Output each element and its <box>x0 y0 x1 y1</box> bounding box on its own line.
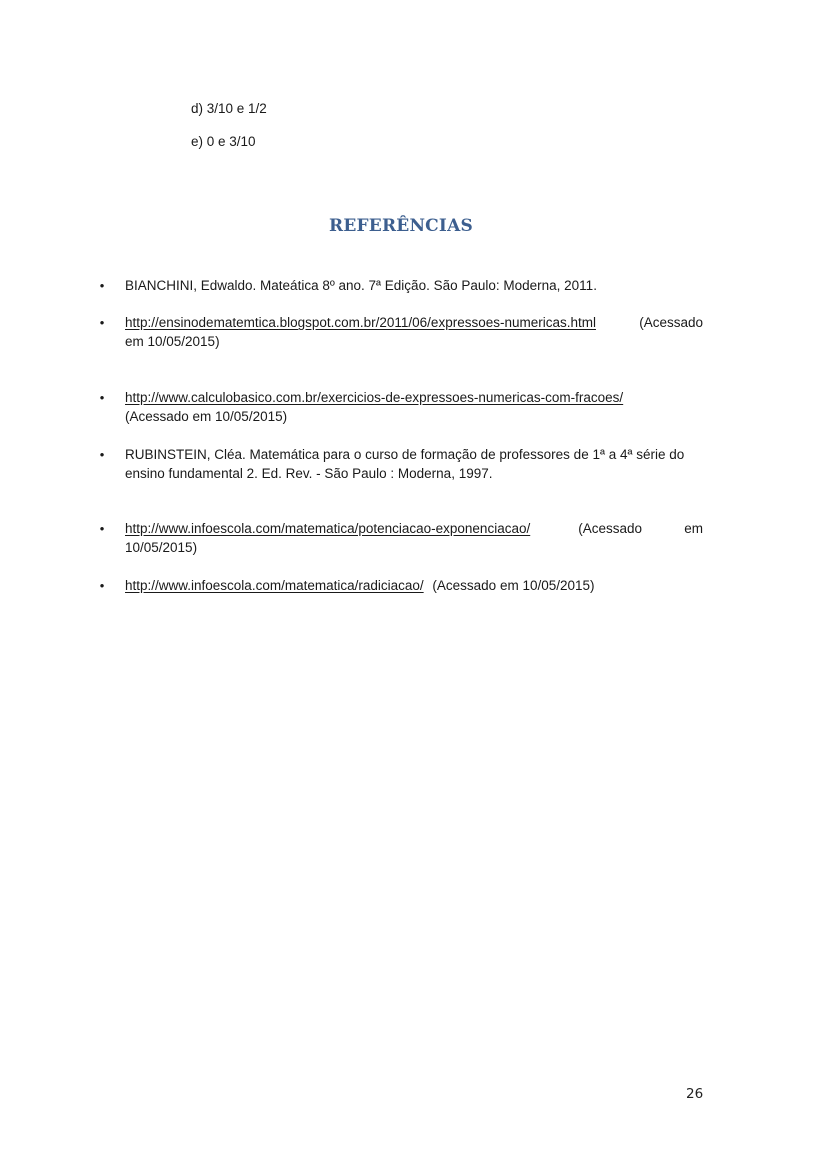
access-note: em 10/05/2015) <box>125 332 703 351</box>
access-note: 10/05/2015) <box>125 538 703 557</box>
reference-item: • http://www.infoescola.com/matematica/p… <box>125 519 703 557</box>
access-note: (Acessado em 10/05/2015) <box>432 578 594 593</box>
reference-link[interactable]: http://ensinodematemtica.blogspot.com.br… <box>125 313 596 332</box>
reference-item: • BIANCHINI, Edwaldo. Mateática 8º ano. … <box>125 276 703 295</box>
reference-link[interactable]: http://www.infoescola.com/matematica/pot… <box>125 519 530 538</box>
bullet-icon: • <box>97 576 107 595</box>
answer-option-e: e) 0 e 3/10 <box>191 134 256 150</box>
reference-text: BIANCHINI, Edwaldo. Mateática 8º ano. 7ª… <box>125 278 597 293</box>
document-page: d) 3/10 e 1/2 e) 0 e 3/10 REFERÊNCIAS • … <box>0 0 828 1171</box>
reference-text-line2: ensino fundamental 2. Ed. Rev. - São Pau… <box>125 464 703 483</box>
page-number: 26 <box>686 1086 703 1102</box>
reference-link[interactable]: http://www.infoescola.com/matematica/rad… <box>125 578 424 593</box>
access-note-word: em <box>684 519 703 538</box>
reference-item: • http://www.infoescola.com/matematica/r… <box>125 576 703 595</box>
bullet-icon: • <box>97 519 107 538</box>
bullet-icon: • <box>97 388 107 407</box>
access-note: (Acessado <box>639 313 703 332</box>
bullet-icon: • <box>97 276 107 295</box>
access-note-word: (Acessado <box>578 519 642 538</box>
reference-item: • RUBINSTEIN, Cléa. Matemática para o cu… <box>125 445 703 483</box>
bullet-icon: • <box>97 313 107 332</box>
reference-item: • http://www.calculobasico.com.br/exerci… <box>125 388 703 426</box>
access-note: (Acessado em 10/05/2015) <box>125 407 703 426</box>
references-heading: REFERÊNCIAS <box>0 216 802 236</box>
reference-item: • http://ensinodematemtica.blogspot.com.… <box>125 313 703 351</box>
bullet-icon: • <box>97 445 107 464</box>
answer-option-d: d) 3/10 e 1/2 <box>191 101 267 117</box>
reference-text-line1: RUBINSTEIN, Cléa. Matemática para o curs… <box>125 445 703 464</box>
reference-link[interactable]: http://www.calculobasico.com.br/exercici… <box>125 390 623 405</box>
